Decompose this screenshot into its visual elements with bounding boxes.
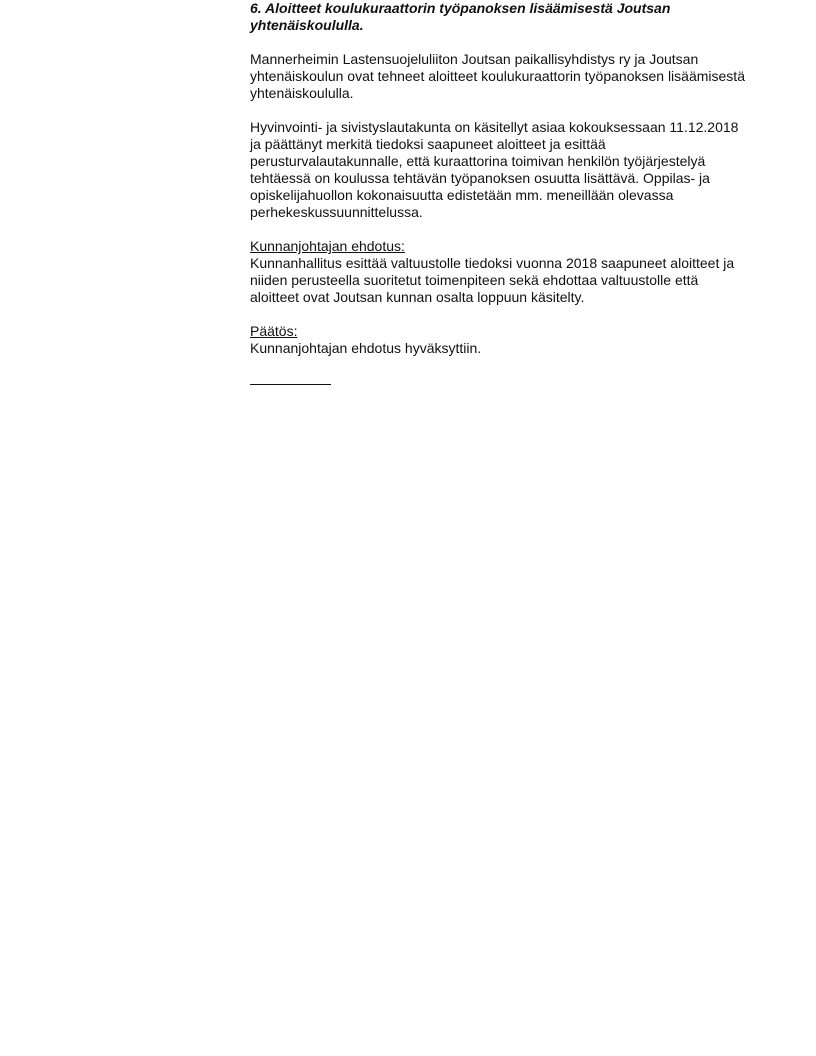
paragraph-initiatives: Mannerheimin Lastensuojeluliiton Joutsan… [250,51,750,102]
document-page: 6. Aloitteet koulukuraattorin työpanokse… [250,0,750,385]
closing-rule-divider [250,384,331,385]
spacer [250,34,750,51]
section-heading: 6. Aloitteet koulukuraattorin työpanokse… [250,0,750,34]
spacer [250,221,750,238]
paragraph-committee: Hyvinvointi- ja sivistyslautakunta on kä… [250,119,750,221]
proposal-text: Kunnanhallitus esittää valtuustolle tied… [250,255,750,306]
decision-text: Kunnanjohtajan ehdotus hyväksyttiin. [250,340,750,357]
spacer [250,102,750,119]
proposal-section: Kunnanjohtajan ehdotus: Kunnanhallitus e… [250,238,750,306]
proposal-label: Kunnanjohtajan ehdotus: [250,238,750,255]
decision-section: Päätös: Kunnanjohtajan ehdotus hyväksytt… [250,323,750,357]
spacer [250,306,750,323]
decision-label: Päätös: [250,323,750,340]
